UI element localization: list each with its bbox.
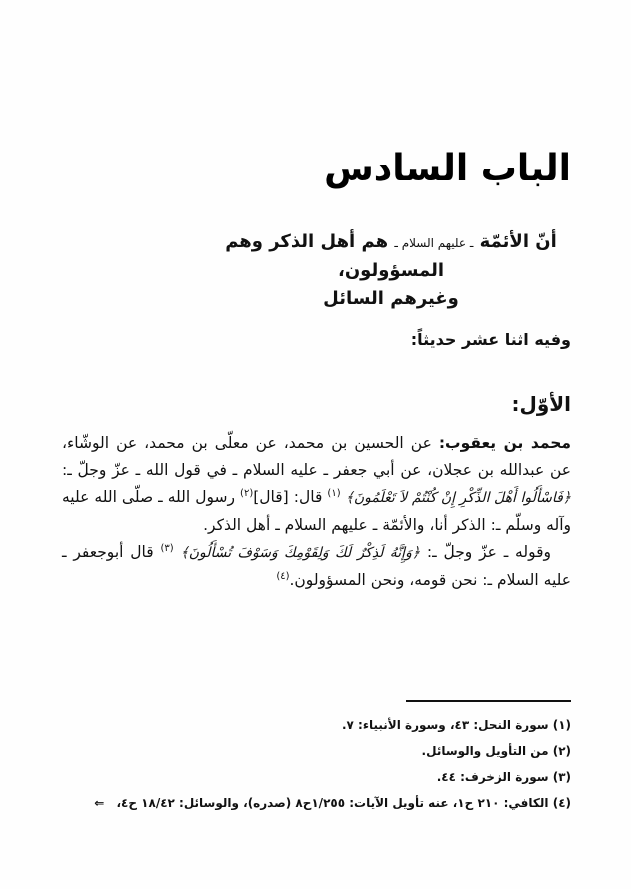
section-heading: الأوّل: xyxy=(511,392,571,416)
subtitle-part-1: أنّ الأئمّة xyxy=(480,231,557,252)
hadith-body: محمد بن يعقوب: عن الحسين بن محمد، عن معل… xyxy=(62,430,571,594)
intro-text: وفيه اثنا عشر حديثاً: xyxy=(411,330,571,349)
chapter-title: الباب السادس xyxy=(324,148,571,189)
footnotes: (١) سورة النحل: ٤٣، وسورة الأنبياء: ٧. (… xyxy=(62,712,571,816)
quran-verse-2: ﴿وَإِنَّهُ لَذِكْرٌ لَكَ وَلِقَوْمِكَ وَ… xyxy=(181,545,421,561)
footnote-ref-2[interactable]: (٢) xyxy=(240,488,253,499)
footnote-ref-4[interactable]: (٤) xyxy=(276,571,289,582)
subtitle-honorific: ـ عليهم السلام ـ xyxy=(394,236,473,250)
footnote-4: (٤) الكافي: ٢١٠ ح١، عنه تأويل الآيات: ١/… xyxy=(62,790,571,816)
chapter-subtitle: أنّ الأئمّة ـ عليهم السلام ـ هم أهل الذك… xyxy=(211,228,571,313)
footnote-2: (٢) من التأويل والوسائل. xyxy=(62,738,571,764)
book-page: الباب السادس أنّ الأئمّة ـ عليهم السلام … xyxy=(0,0,631,889)
subtitle-line-1: أنّ الأئمّة ـ عليهم السلام ـ هم أهل الذك… xyxy=(211,228,571,285)
hadith-paragraph-2: وقوله ـ عزّ وجلّ ـ: ﴿وَإِنَّهُ لَذِكْرٌ … xyxy=(62,539,571,594)
footnote-4-text: (٤) الكافي: ٢١٠ ح١، عنه تأويل الآيات: ١/… xyxy=(116,796,571,810)
hadith-paragraph-1: محمد بن يعقوب: عن الحسين بن محمد، عن معل… xyxy=(62,430,571,539)
hadith-qala: قال: [قال] xyxy=(253,488,322,506)
footnote-ref-3[interactable]: (٣) xyxy=(160,543,173,554)
footnote-divider xyxy=(406,700,571,702)
subtitle-line-2: وغيرهم السائل xyxy=(211,285,571,313)
footnote-1: (١) سورة النحل: ٤٣، وسورة الأنبياء: ٧. xyxy=(62,712,571,738)
footnote-3: (٣) سورة الزخرف: ٤٤. xyxy=(62,764,571,790)
verse-intro: وقوله ـ عزّ وجلّ ـ: xyxy=(427,543,551,561)
quran-verse-1: ﴿فَاسْأَلُوا أَهْلَ الذِّكْرِ إِنْ كُنْت… xyxy=(346,490,571,506)
footnote-ref-1[interactable]: (١) xyxy=(327,488,340,499)
isnad-lead: محمد بن يعقوب: xyxy=(439,434,571,452)
continuation-arrow-icon: ⇐ xyxy=(94,796,104,810)
